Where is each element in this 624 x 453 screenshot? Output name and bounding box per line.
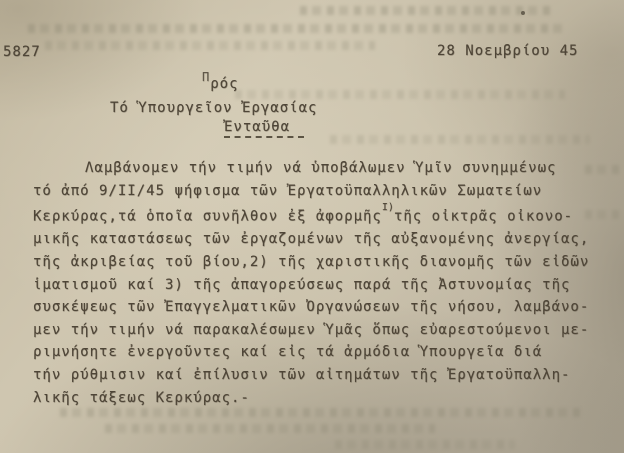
ink-speck: [521, 11, 525, 15]
salutation-pros-rest: ρός: [210, 76, 238, 92]
letter-body: Λαμβάνομεν τήν τιμήν νά ὑποβάλωμεν Ὑμῖν …: [33, 157, 599, 409]
document-date: 28 Νοεμβρίου 45: [437, 43, 578, 59]
bleedthrough-texture: [105, 424, 435, 433]
superscript-insertion: Ι): [382, 202, 394, 213]
body-line: μικῆς καταστάσεως τῶν ἐργαζομένων τῆς αὐ…: [33, 228, 599, 251]
protocol-number: 5827: [3, 44, 41, 60]
bleedthrough-texture: [60, 408, 580, 417]
recipient-ministry: Τό Ὑπουργεῖον Ἐργασίας: [110, 100, 317, 116]
body-line-segment: Κερκύρας,τά ὁποῖα συνῆλθον ἐξ ἀφορμῆς: [33, 209, 382, 225]
body-line: Λαμβάνομεν τήν τιμήν νά ὑποβάλωμεν Ὑμῖν …: [33, 157, 599, 180]
body-line: μεν τήν τιμήν νά παρακαλέσωμεν Ὑμᾶς ὅπως…: [33, 319, 599, 342]
body-line: λικῆς τάξεως Κερκύρας.-: [33, 387, 599, 410]
body-line: ριμνήσητε ἐνεργοῦντες καί εἰς τά ἁρμόδια…: [33, 341, 599, 364]
bleedthrough-texture: [335, 440, 515, 449]
body-line: τήν ρύθμισιν καί ἐπίλυσιν τῶν αἰτημάτων …: [33, 364, 599, 387]
body-line: τῆς ἀκριβείας τοῦ βίου,2) τῆς χαριστικῆς…: [33, 251, 599, 274]
bleedthrough-texture: [235, 90, 565, 99]
bleedthrough-texture: [28, 24, 568, 33]
recipient-place: Ἐνταῦθα: [224, 119, 304, 138]
bleedthrough-texture: [300, 6, 550, 15]
bleedthrough-texture: [330, 135, 590, 144]
scanned-letter-page: 5827 28 Νοεμβρίου 45 Πρός Τό Ὑπουργεῖον …: [0, 0, 624, 453]
bleedthrough-texture: [45, 41, 375, 50]
salutation-pros-initial: Π: [202, 70, 210, 84]
body-line-segment: τῆς οἰκτρᾶς οἰκονο-: [394, 209, 573, 225]
salutation-pros: Πρός: [202, 76, 239, 92]
body-line: τό ἀπό 9/ΙΙ/45 ψήφισμα τῶν Ἐργατοϋπαλληλ…: [33, 180, 599, 203]
body-line: ἱματισμοῦ καί 3) τῆς ἀπαγορεύσεως παρά τ…: [33, 274, 599, 297]
body-line: συσκέψεως τῶν Ἐπαγγελματικῶν Ὀργανώσεων …: [33, 296, 599, 319]
body-line: Κερκύρας,τά ὁποῖα συνῆλθον ἐξ ἀφορμῆςΙ)τ…: [33, 202, 599, 228]
